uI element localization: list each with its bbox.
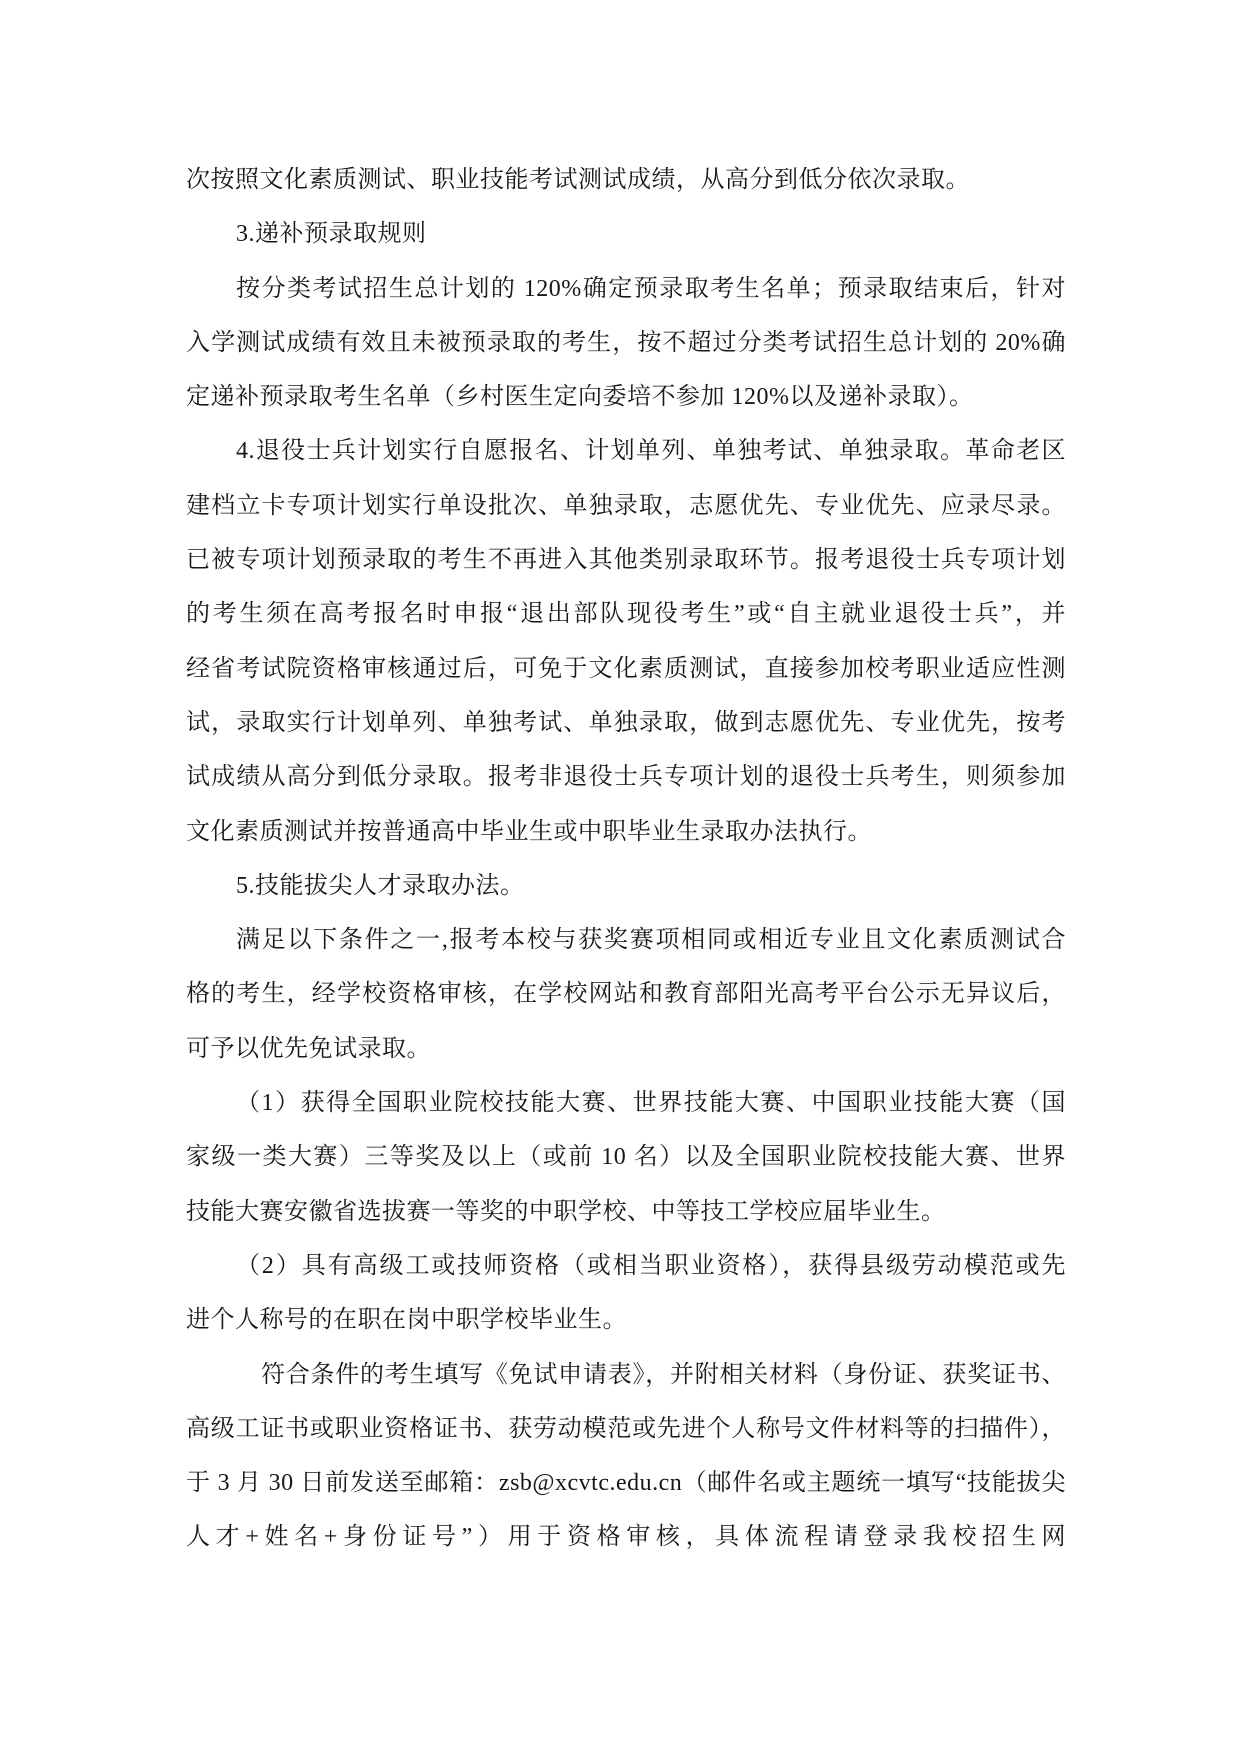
text-line: 次按照文化素质测试、职业技能考试测试成绩，从高分到低分依次录取。 <box>186 153 1066 207</box>
text-line: 文化素质测试并按普通高中毕业生或中职毕业生录取办法执行。 <box>186 805 1066 859</box>
text-line: （2）具有高级工或技师资格（或相当职业资格），获得县级劳动模范或先 <box>186 1239 1066 1293</box>
text-line: 已被专项计划预录取的考生不再进入其他类别录取环节。报考退役士兵专项计划 <box>186 533 1066 587</box>
document-text: 次按照文化素质测试、职业技能考试测试成绩，从高分到低分依次录取。3.递补预录取规… <box>186 153 1066 1565</box>
text-line: 建档立卡专项计划实行单设批次、单独录取，志愿优先、专业优先、应录尽录。 <box>186 479 1066 533</box>
text-line: 格的考生，经学校资格审核，在学校网站和教育部阳光高考平台公示无异议后， <box>186 967 1066 1021</box>
text-line: 入学测试成绩有效且未被预录取的考生，按不超过分类考试招生总计划的 20%确 <box>186 316 1066 370</box>
text-line: 满足以下条件之一,报考本校与获奖赛项相同或相近专业且文化素质测试合 <box>186 913 1066 967</box>
text-line: 技能大赛安徽省选拔赛一等奖的中职学校、中等技工学校应届毕业生。 <box>186 1185 1066 1239</box>
text-line: 4.退役士兵计划实行自愿报名、计划单列、单独考试、单独录取。革命老区 <box>186 424 1066 478</box>
text-line: 定递补预录取考生名单（乡村医生定向委培不参加 120%以及递补录取）。 <box>186 370 1066 424</box>
text-line: 符合条件的考生填写《免试申请表》，并附相关材料（身份证、获奖证书、 <box>186 1348 1066 1402</box>
text-line: 3.递补预录取规则 <box>186 207 1066 261</box>
text-line: 试成绩从高分到低分录取。报考非退役士兵专项计划的退役士兵考生，则须参加 <box>186 750 1066 804</box>
text-line: 试，录取实行计划单列、单独考试、单独录取，做到志愿优先、专业优先，按考 <box>186 696 1066 750</box>
text-line: 按分类考试招生总计划的 120%确定预录取考生名单；预录取结束后，针对 <box>186 262 1066 316</box>
text-line: 人才+姓名+身份证号”）用于资格审核，具体流程请登录我校招生网 <box>186 1510 1066 1564</box>
text-line: 经省考试院资格审核通过后，可免于文化素质测试，直接参加校考职业适应性测 <box>186 642 1066 696</box>
text-line: （1）获得全国职业院校技能大赛、世界技能大赛、中国职业技能大赛（国 <box>186 1076 1066 1130</box>
text-line: 进个人称号的在职在岗中职学校毕业生。 <box>186 1293 1066 1347</box>
text-line: 家级一类大赛）三等奖及以上（或前 10 名）以及全国职业院校技能大赛、世界 <box>186 1130 1066 1184</box>
text-line: 于 3 月 30 日前发送至邮箱：zsb@xcvtc.edu.cn（邮件名或主题… <box>186 1456 1066 1510</box>
text-line: 可予以优先免试录取。 <box>186 1022 1066 1076</box>
text-line: 5.技能拔尖人才录取办法。 <box>186 859 1066 913</box>
text-line: 的考生须在高考报名时申报“退出部队现役考生”或“自主就业退役士兵”，并 <box>186 587 1066 641</box>
document-page: 次按照文化素质测试、职业技能考试测试成绩，从高分到低分依次录取。3.递补预录取规… <box>0 0 1241 1755</box>
text-line: 高级工证书或职业资格证书、获劳动模范或先进个人称号文件材料等的扫描件）， <box>186 1402 1066 1456</box>
